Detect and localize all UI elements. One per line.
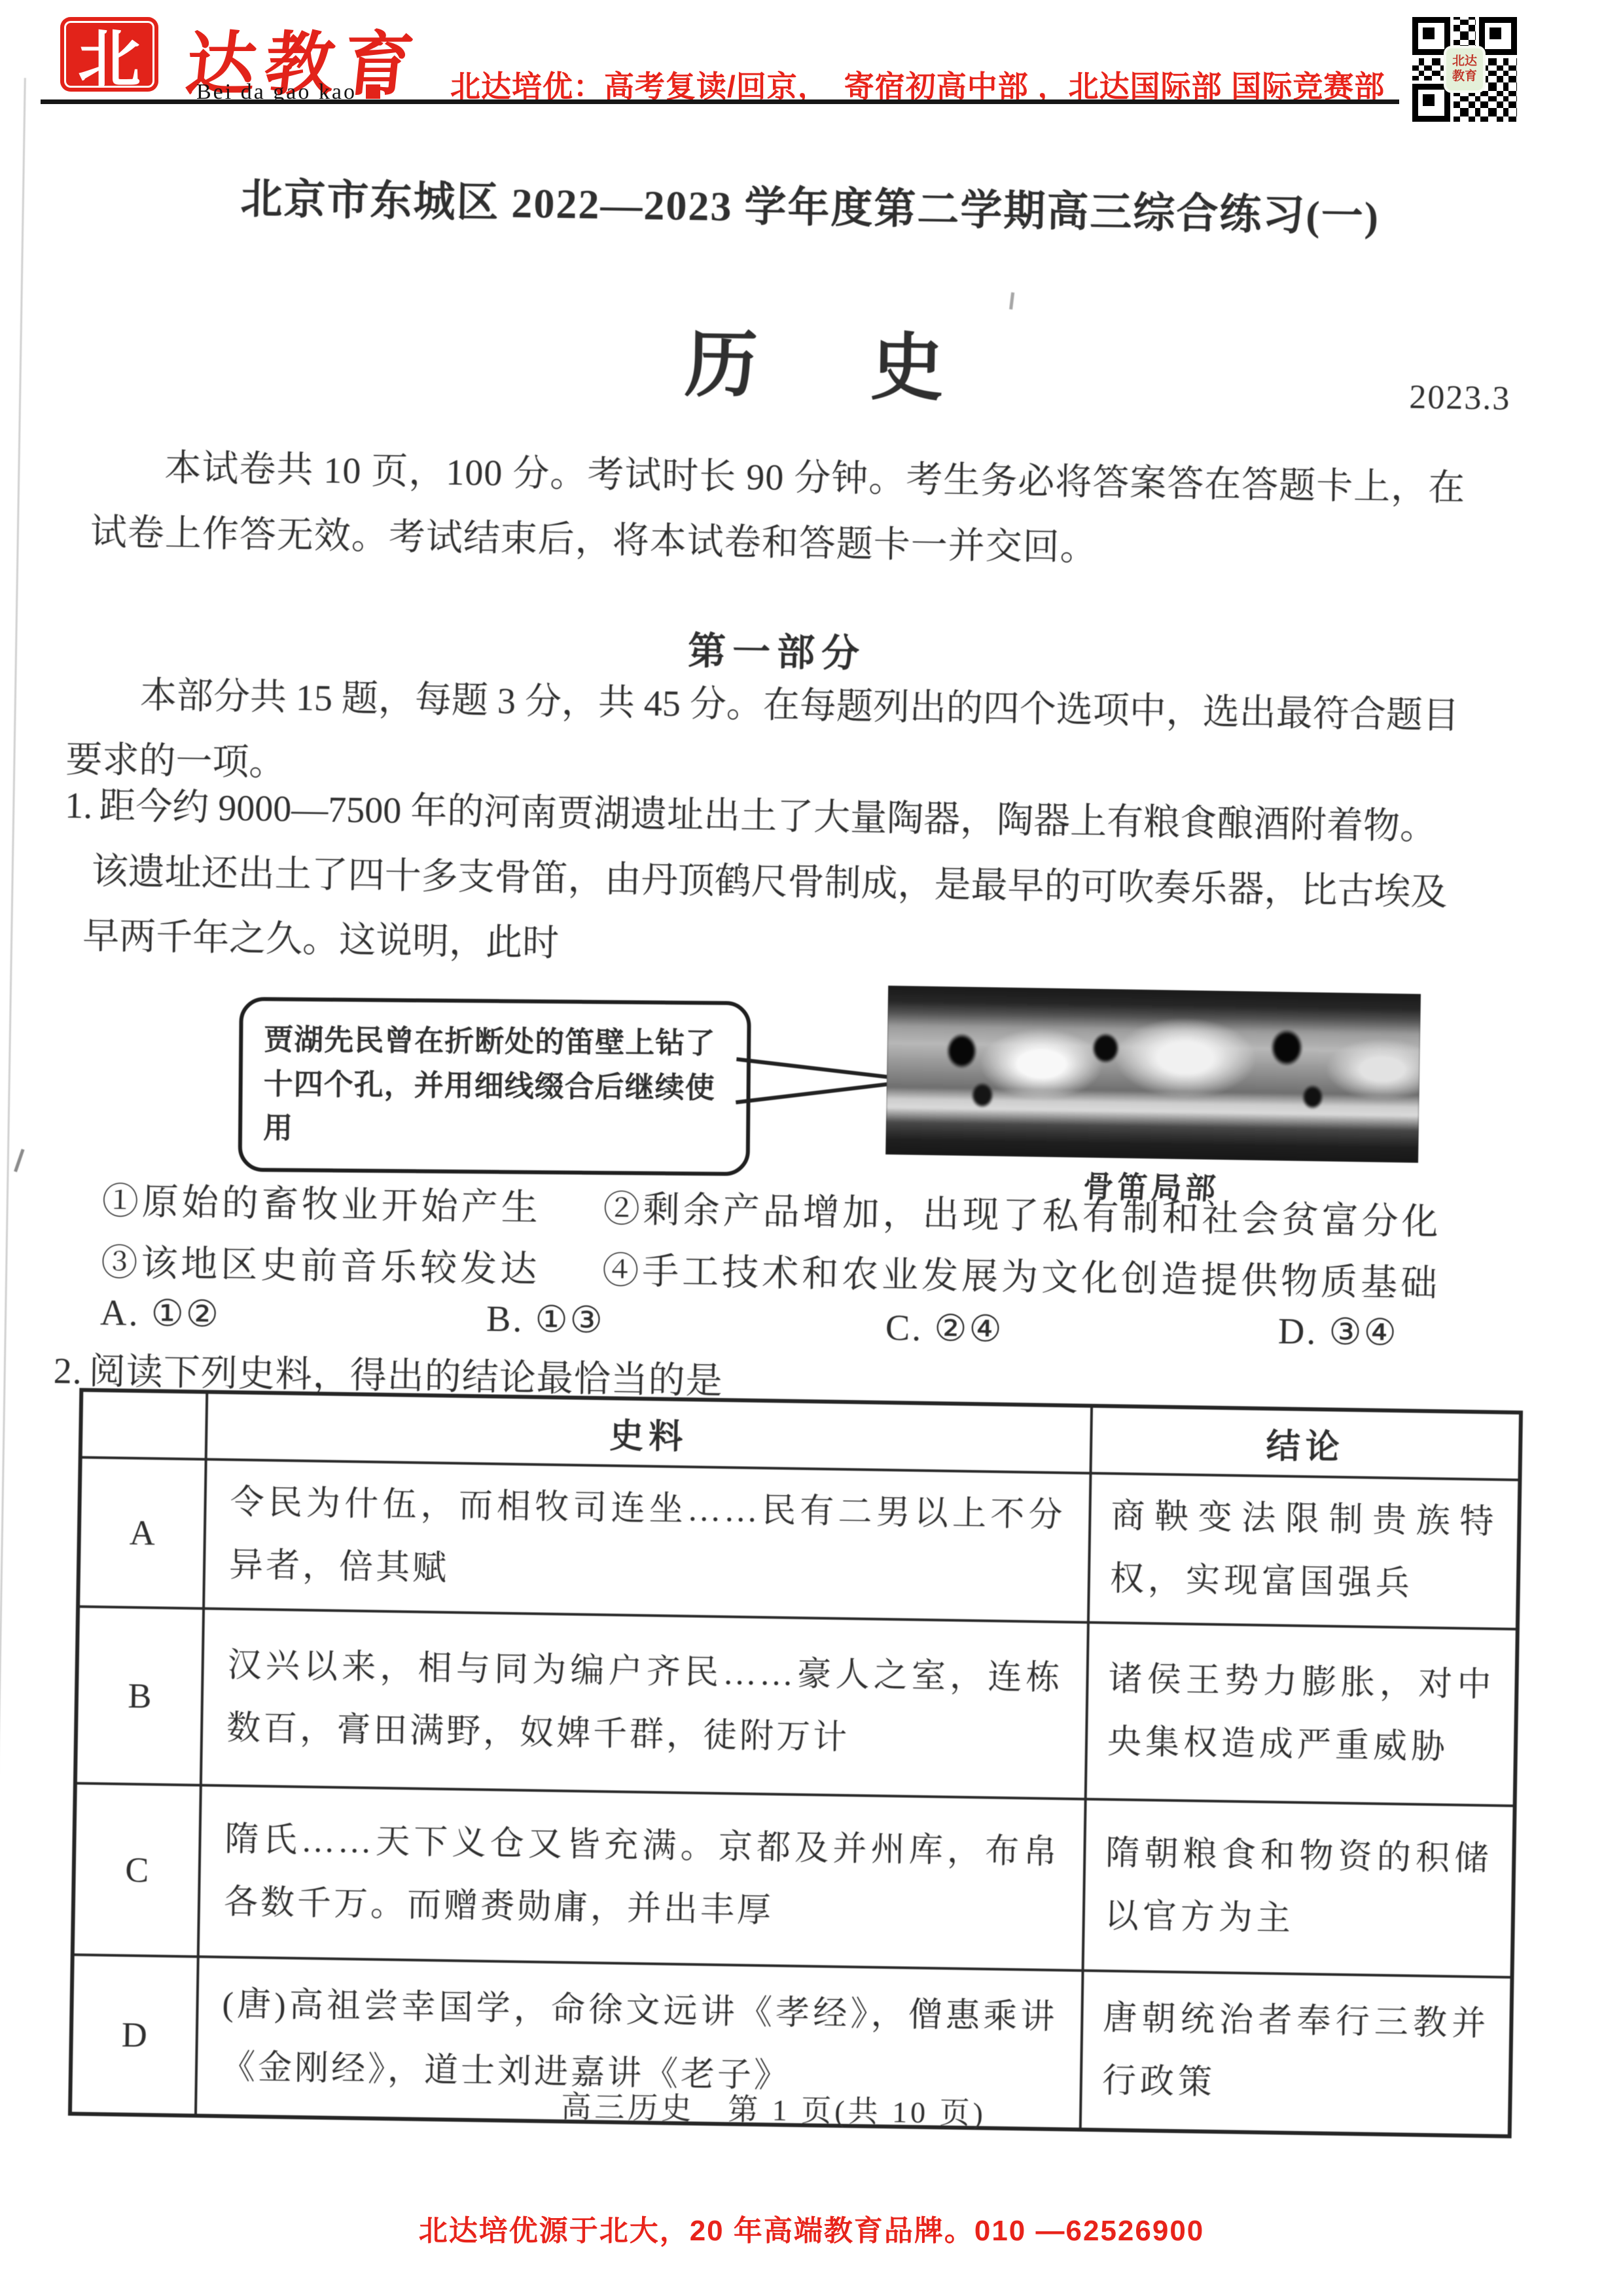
- q2-row-a-label: A: [78, 1458, 206, 1609]
- q1-choice-b: B. ①③: [486, 1297, 605, 1342]
- q2-table-row-a: A 令民为什伍，而相牧司连坐……民有二男以上不分异者，倍其赋 商鞅变法限制贵族特…: [78, 1458, 1520, 1630]
- q2-table-row-b: B 汉兴以来，相与同为编户齐民……豪人之室，连栋数百，膏田满野，奴婢千群，徒附万…: [75, 1607, 1518, 1806]
- q1-choice-d: D. ③④: [1277, 1310, 1399, 1354]
- scanned-exam-page: 北京市东城区 2022—2023 学年度第二学期高三综合练习(一) 历 史 20…: [0, 0, 1623, 2184]
- q2-row-a-conclusion: 商鞅变法限制贵族特权，实现富国强兵: [1088, 1473, 1520, 1630]
- exam-subject: 历 史: [0, 295, 1623, 426]
- bone-flute-photo: [885, 986, 1421, 1163]
- q2-table-row-c: C 隋氏……天下义仓又皆充满。京都及并州库，布帛各数千万。而赠赉勋庸，并出丰厚 …: [73, 1784, 1515, 1978]
- q1-option-4: ④手工技术和农业发展为文化创造提供物质基础: [602, 1242, 1441, 1307]
- q1-option-1: ①原始的畜牧业开始产生: [101, 1172, 541, 1232]
- speech-bubble: 贾湖先民曾在折断处的笛壁上钻了十四个孔，并用细线缀合后继续使用: [238, 997, 751, 1175]
- q2-row-a-material: 令民为什伍，而相牧司连坐……民有二男以上不分异者，倍其赋: [204, 1460, 1090, 1623]
- question-1: 1.距今约 9000—7500 年的河南贾湖遗址出土了大量陶器，陶器上有粮食酿酒…: [62, 774, 1550, 993]
- question-1-number: 1.: [65, 785, 93, 827]
- q1-choice-c: C. ②④: [885, 1306, 1004, 1351]
- q2-table-header-conclusion: 结论: [1091, 1406, 1522, 1480]
- exam-notice: 本试卷共 10 页，100 分。考试时长 90 分钟。考生务必将答案答在答题卡上…: [90, 435, 1525, 588]
- q2-row-b-label: B: [75, 1607, 204, 1785]
- q2-row-c-conclusion: 隋朝粮食和物资的积储以官方为主: [1083, 1799, 1515, 1977]
- bone-flute-photo-texture: [885, 986, 1421, 1163]
- q2-row-b-conclusion: 诸侯王势力膨胀，对中央集权造成严重威胁: [1086, 1623, 1518, 1806]
- q2-row-c-material: 隋氏……天下义仓又皆充满。京都及并州库，布帛各数千万。而赠赉勋庸，并出丰厚: [198, 1785, 1086, 1971]
- exam-date: 2023.3: [1409, 378, 1511, 418]
- question-2-number: 2.: [53, 1351, 82, 1392]
- question-1-text-1: 距今约 9000—7500 年的河南贾湖遗址出土了大量陶器，陶器上有粮食酿酒附着…: [99, 786, 1437, 848]
- q1-choice-a: A. ①②: [100, 1291, 221, 1336]
- q1-option-3: ③该地区史前音乐较发达: [101, 1234, 541, 1293]
- q2-table: 史料 结论 A 令民为什伍，而相牧司连坐……民有二男以上不分异者，倍其赋 商鞅变…: [68, 1388, 1523, 2139]
- q2-row-b-material: 汉兴以来，相与同为编户齐民……豪人之室，连栋数百，膏田满野，奴婢千群，徒附万计: [201, 1609, 1088, 1799]
- speech-bubble-tail: [732, 1045, 897, 1119]
- q2-row-c-label: C: [73, 1784, 201, 1957]
- brand-footer: 北达培优源于北大，20 年高端教育品牌。010 —62526900: [0, 2207, 1623, 2249]
- scan-speck: [1009, 293, 1014, 310]
- q2-table-corner-cell: [80, 1390, 207, 1460]
- exam-title: 北京市东城区 2022—2023 学年度第二学期高三综合练习(一): [90, 163, 1530, 246]
- scan-speck: [14, 1149, 24, 1172]
